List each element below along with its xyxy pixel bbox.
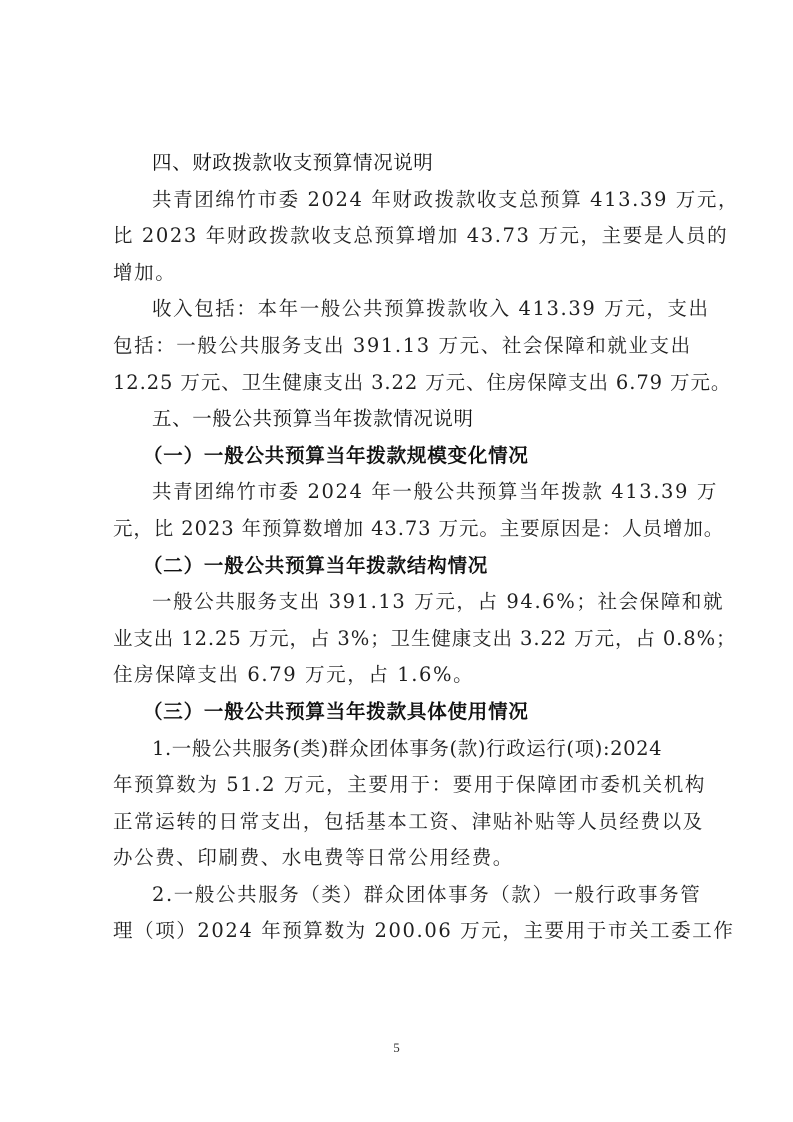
section-heading-four: 四、财政拨款收支预算情况说明 [113, 145, 693, 182]
paragraph-total-budget: 共青团绵竹市委 2024 年财政拨款收支总预算 413.39 万元， 比 202… [113, 182, 693, 292]
paragraph-line: 1.一般公共服务(类)群众团体事务(款)行政运行(项):2024 [113, 731, 693, 768]
subsection-heading-usage: （三）一般公共预算当年拨款具体使用情况 [113, 694, 693, 731]
subsection-heading-structure: （二）一般公共预算当年拨款结构情况 [113, 548, 693, 585]
paragraph-line: 业支出 12.25 万元，占 3%；卫生健康支出 3.22 万元，占 0.8%； [113, 621, 693, 658]
paragraph-line: 理（项）2024 年预算数为 200.06 万元，主要用于市关工委工作 [113, 913, 693, 950]
paragraph-line: 包括：一般公共服务支出 391.13 万元、社会保障和就业支出 [113, 328, 693, 365]
list-item-admin-operation: 1.一般公共服务(类)群众团体事务(款)行政运行(项):2024 年预算数为 5… [113, 731, 693, 877]
paragraph-line: 共青团绵竹市委 2024 年财政拨款收支总预算 413.39 万元， [113, 182, 693, 219]
paragraph-line: 收入包括：本年一般公共预算拨款收入 413.39 万元，支出 [113, 291, 693, 328]
paragraph-line: 增加。 [113, 255, 693, 292]
paragraph-line: 2.一般公共服务（类）群众团体事务（款）一般行政事务管 [113, 877, 693, 914]
paragraph-line: 共青团绵竹市委 2024 年一般公共预算当年拨款 413.39 万 [113, 474, 693, 511]
document-page: 四、财政拨款收支预算情况说明 共青团绵竹市委 2024 年财政拨款收支总预算 4… [113, 145, 693, 950]
subsection-heading-scale-change: （一）一般公共预算当年拨款规模变化情况 [113, 438, 693, 475]
paragraph-scale-change: 共青团绵竹市委 2024 年一般公共预算当年拨款 413.39 万 元，比 20… [113, 474, 693, 547]
paragraph-line: 正常运转的日常支出，包括基本工资、津贴补贴等人员经费以及 [113, 804, 693, 841]
paragraph-line: 办公费、印刷费、水电费等日常公用经费。 [113, 840, 693, 877]
paragraph-line: 一般公共服务支出 391.13 万元，占 94.6%；社会保障和就 [113, 584, 693, 621]
page-number: 5 [0, 1040, 793, 1056]
paragraph-line: 年预算数为 51.2 万元，主要用于：要用于保障团市委机关机构 [113, 767, 693, 804]
paragraph-line: 比 2023 年财政拨款收支总预算增加 43.73 万元，主要是人员的 [113, 218, 693, 255]
list-item-general-admin-affairs: 2.一般公共服务（类）群众团体事务（款）一般行政事务管 理（项）2024 年预算… [113, 877, 693, 950]
paragraph-line: 12.25 万元、卫生健康支出 3.22 万元、住房保障支出 6.79 万元。 [113, 365, 693, 402]
paragraph-line: 元，比 2023 年预算数增加 43.73 万元。主要原因是：人员增加。 [113, 511, 693, 548]
paragraph-income-expenditure: 收入包括：本年一般公共预算拨款收入 413.39 万元，支出 包括：一般公共服务… [113, 291, 693, 401]
paragraph-structure: 一般公共服务支出 391.13 万元，占 94.6%；社会保障和就 业支出 12… [113, 584, 693, 694]
paragraph-line: 住房保障支出 6.79 万元，占 1.6%。 [113, 657, 693, 694]
section-heading-five: 五、一般公共预算当年拨款情况说明 [113, 401, 693, 438]
